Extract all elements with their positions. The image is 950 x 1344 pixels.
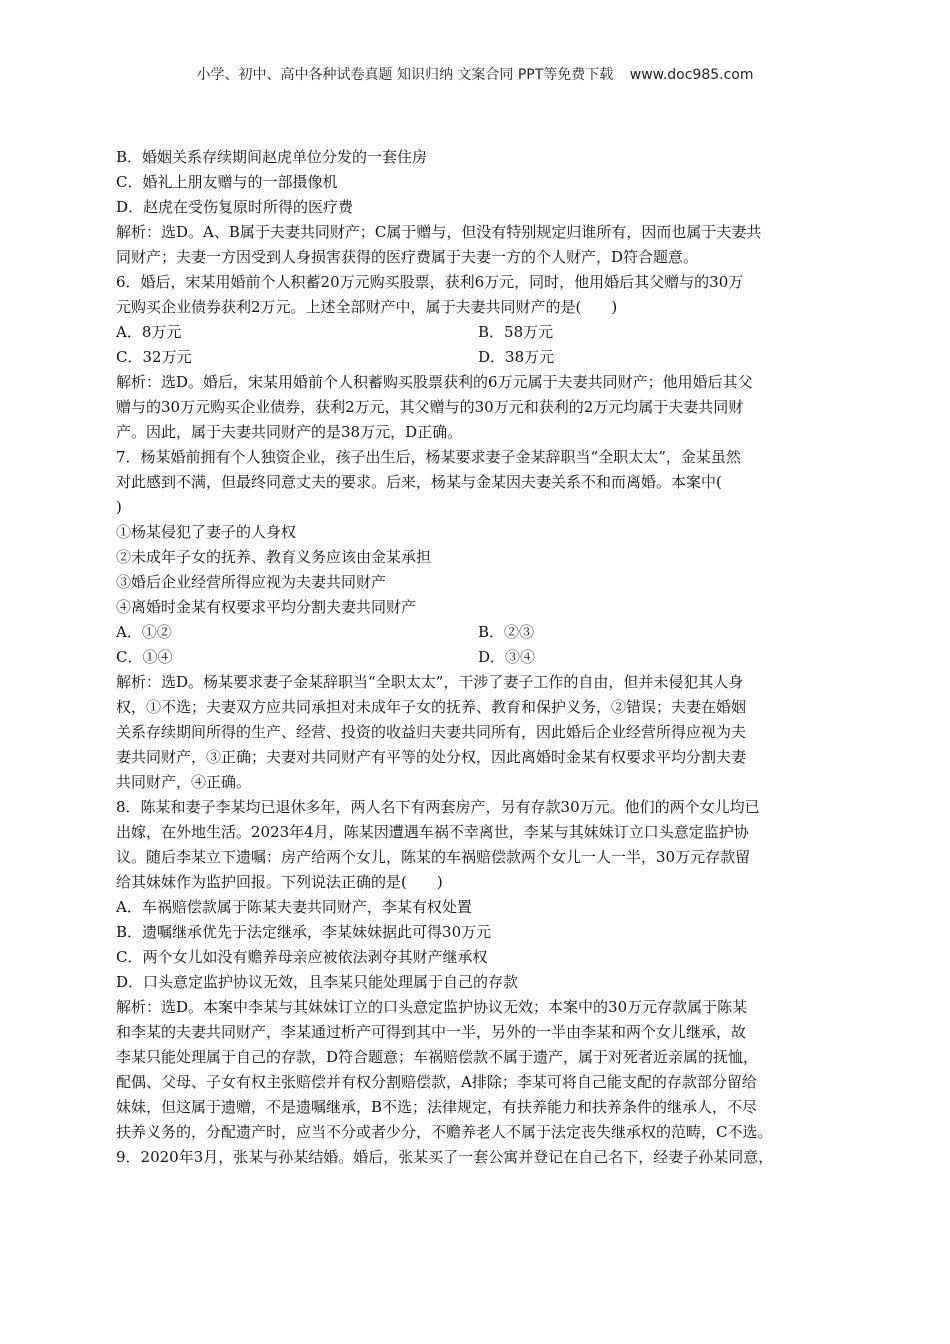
q6-options-row: A．8万元 B．58万元	[116, 320, 856, 345]
q5-option-c: C．婚礼上朋友赠与的一部摄像机	[116, 170, 856, 195]
q7-options-row: A．①② B．②③	[116, 620, 856, 645]
q8-stem-line: 8．陈某和妻子李某均已退休多年，两人名下有两套房产，另有存款30万元。他们的两个…	[116, 795, 856, 820]
q7-analysis-line: 妻共同财产，③正确；夫妻对共同财产有平等的处分权，因此离婚时金某有权要求平均分割…	[116, 745, 856, 770]
q8-analysis-line: 李某只能处理属于自己的存款，D符合题意；车祸赔偿款不属于遗产，属于对死者近亲属的…	[116, 1045, 856, 1070]
q7-statement-3: ③婚后企业经营所得应视为夫妻共同财产	[116, 570, 856, 595]
q7-analysis-line: 共同财产，④正确。	[116, 770, 856, 795]
q7-statement-4: ④离婚时金某有权要求平均分割夫妻共同财产	[116, 595, 856, 620]
q8-analysis-line: 妹妹，但这属于遗赠，不是遗嘱继承，B不选；法律规定，有扶养能力和扶养条件的继承人…	[116, 1095, 856, 1120]
q8-option-a: A．车祸赔偿款属于陈某夫妻共同财产，李某有权处置	[116, 895, 856, 920]
header-url[interactable]: www.doc985.com	[630, 67, 754, 83]
q5-option-b: B．婚姻关系存续期间赵虎单位分发的一套住房	[116, 145, 856, 170]
q8-stem-line: 出嫁，在外地生活。2023年4月，陈某因遭遇车祸不幸离世，李某与其妹妹订立口头意…	[116, 820, 856, 845]
q6-analysis-line: 解析：选D。婚后，宋某用婚前个人积蓄购买股票获利的6万元属于夫妻共同财产；他用婚…	[116, 370, 856, 395]
q8-stem-line: 给其妹妹作为监护回报。下列说法正确的是( )	[116, 870, 856, 895]
q7-analysis-line: 解析：选D。杨某要求妻子金某辞职当“全职太太”，干涉了妻子工作的自由，但并未侵犯…	[116, 670, 856, 695]
q6-option-a: A．8万元	[116, 320, 478, 345]
q8-analysis-line: 配偶、父母、子女有权主张赔偿并有权分割赔偿款，A排除；李某可将自己能支配的存款部…	[116, 1070, 856, 1095]
q8-option-d: D．口头意定监护协议无效，且李某只能处理属于自己的存款	[116, 970, 856, 995]
q8-analysis-line: 和李某的夫妻共同财产，李某通过析产可得到其中一半，另外的一半由李某和两个女儿继承…	[116, 1020, 856, 1045]
q8-analysis-line: 解析：选D。本案中李某与其妹妹订立的口头意定监护协议无效；本案中的30万元存款属…	[116, 995, 856, 1020]
page-header: 小学、初中、高中各种试卷真题 知识归纳 文案合同 PPT等免费下载 www.do…	[0, 64, 950, 84]
q6-option-b: B．58万元	[478, 320, 840, 345]
q7-analysis-line: 权，①不选；夫妻双方应共同承担对未成年子女的抚养、教育和保护义务，②错误；夫妻在…	[116, 695, 856, 720]
q7-statement-1: ①杨某侵犯了妻子的人身权	[116, 520, 856, 545]
q7-stem-line: )	[116, 495, 856, 520]
q5-analysis-line: 同财产；夫妻一方因受到人身损害获得的医疗费属于夫妻一方的个人财产，D符合题意。	[116, 245, 856, 270]
q5-option-d: D．赵虎在受伤复原时所得的医疗费	[116, 195, 856, 220]
q7-option-a: A．①②	[116, 620, 478, 645]
q7-stem-line: 7．杨某婚前拥有个人独资企业，孩子出生后，杨某要求妻子金某辞职当“全职太太”，金…	[116, 445, 856, 470]
q7-analysis-line: 关系存续期间所得的生产、经营、投资的收益归夫妻共同所有，因此婚后企业经营所得应视…	[116, 720, 856, 745]
q6-option-d: D．38万元	[478, 345, 840, 370]
q7-options-row: C．①④ D．③④	[116, 645, 856, 670]
q7-stem-line: 对此感到不满，但最终同意丈夫的要求。后来，杨某与金某因夫妻关系不和而离婚。本案中…	[116, 470, 856, 495]
q6-options-row: C．32万元 D．38万元	[116, 345, 856, 370]
q7-option-d: D．③④	[478, 645, 840, 670]
q8-option-b: B．遗嘱继承优先于法定继承，李某妹妹据此可得30万元	[116, 920, 856, 945]
q8-stem-line: 议。随后李某立下遗嘱：房产给两个女儿，陈某的车祸赔偿款两个女儿一人一半，30万元…	[116, 845, 856, 870]
document-body: B．婚姻关系存续期间赵虎单位分发的一套住房 C．婚礼上朋友赠与的一部摄像机 D．…	[116, 145, 856, 1170]
q7-option-c: C．①④	[116, 645, 478, 670]
q8-analysis-line: 扶养义务的，分配遗产时，应当不分或者少分，不赡养老人不属于法定丧失继承权的范畴，…	[116, 1120, 856, 1145]
q5-analysis-line: 解析：选D。A、B属于夫妻共同财产；C属于赠与，但没有特别规定归谁所有，因而也属…	[116, 220, 856, 245]
q6-option-c: C．32万元	[116, 345, 478, 370]
q6-analysis-line: 赠与的30万元购买企业债券，获利2万元，其父赠与的30万元和获利的2万元均属于夫…	[116, 395, 856, 420]
q8-option-c: C．两个女儿如没有赡养母亲应被依法剥夺其财产继承权	[116, 945, 856, 970]
q6-stem-line: 元购买企业债券获利2万元。上述全部财产中，属于夫妻共同财产的是( )	[116, 295, 856, 320]
header-text: 小学、初中、高中各种试卷真题 知识归纳 文案合同 PPT等免费下载	[197, 67, 614, 83]
q6-stem-line: 6．婚后，宋某用婚前个人积蓄20万元购买股票，获利6万元，同时，他用婚后其父赠与…	[116, 270, 856, 295]
q7-option-b: B．②③	[478, 620, 840, 645]
q6-analysis-line: 产。因此，属于夫妻共同财产的是38万元，D正确。	[116, 420, 856, 445]
q9-stem-line: 9．2020年3月，张某与孙某结婚。婚后，张某买了一套公寓并登记在自己名下，经妻…	[116, 1145, 856, 1170]
q7-statement-2: ②未成年子女的抚养、教育义务应该由金某承担	[116, 545, 856, 570]
